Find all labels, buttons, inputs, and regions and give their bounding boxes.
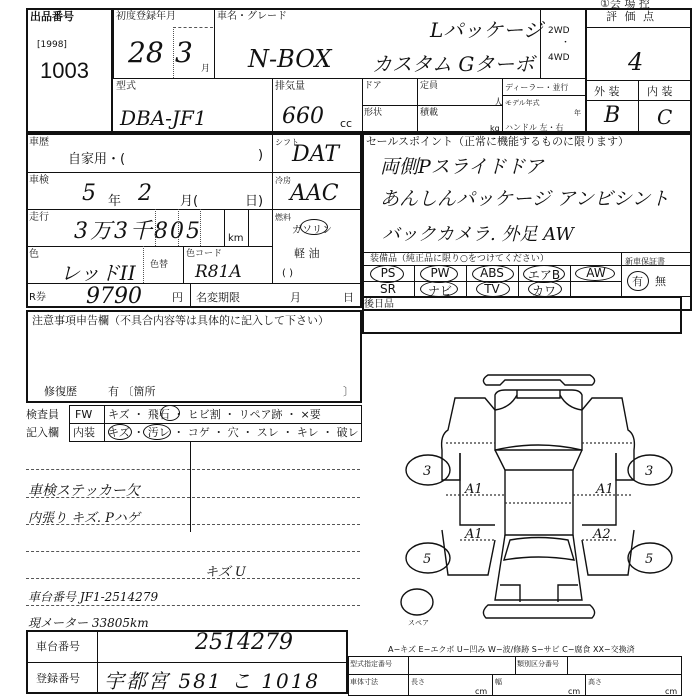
- mark-rear-right-wheel: 5: [645, 552, 653, 567]
- type-designation-label: 型式指定番号: [350, 659, 392, 670]
- mileage-unit: km: [228, 233, 244, 244]
- name-change-day: 日: [343, 292, 354, 303]
- later-items-box: [362, 296, 682, 334]
- width-label: 幅: [495, 677, 502, 688]
- ac-value: AAC: [290, 181, 339, 206]
- score-interior: C: [657, 105, 672, 129]
- damage-legend: A−キズ E−エクボ U−凹み W−波/修跡 S−サビ C−腐食 XX−交換済: [388, 644, 635, 655]
- lot-label: 出品番号: [30, 11, 74, 22]
- vehicle-grade: カスタム Gターボ: [372, 48, 534, 77]
- model-value: DBA-JF1: [120, 106, 207, 130]
- interior-check-label: 内装: [73, 427, 95, 438]
- drive-2wd[interactable]: 2WD: [548, 26, 570, 37]
- inspector-label-2: 記入欄: [26, 427, 59, 438]
- score-label: 評 価 点: [606, 11, 656, 22]
- fuel-label: 燃料: [275, 212, 291, 223]
- length-label: 長さ: [411, 677, 425, 688]
- model-year-unit: 年: [574, 108, 581, 119]
- repair-value: 有 〔箇所: [108, 386, 156, 397]
- body-size-label: 車体寸法: [350, 677, 378, 688]
- first-reg-year: 28: [128, 36, 164, 69]
- circle-scratch: [108, 424, 132, 440]
- circle-stain: [143, 424, 171, 440]
- circle-navi: [420, 281, 458, 297]
- name-change-month: 月: [290, 292, 301, 303]
- color-code-label: 色コード: [186, 249, 222, 260]
- remark-left-5: 車台番号 JF1-2514279: [28, 588, 158, 605]
- sale-points-label: セールスポイント（正常に機能するものに限ります）: [366, 136, 629, 147]
- fuel-other: ( ): [282, 268, 293, 279]
- history-close: ): [258, 148, 263, 163]
- width-unit: cm: [568, 686, 580, 697]
- fw-items: キズ ・ 飛石 ・ ヒビ割 ・ リペア跡 ・ ×要: [108, 409, 321, 420]
- history-label: 車歴: [29, 137, 49, 148]
- drive-4wd[interactable]: 4WD: [548, 53, 570, 64]
- model-label: 型式: [116, 81, 136, 92]
- circle-leather: [528, 281, 562, 297]
- fw-label: FW: [75, 409, 92, 420]
- circle-aw: [575, 266, 615, 281]
- repair-label: 修復歴: [44, 386, 77, 397]
- inspection-year-unit: 年: [108, 190, 121, 209]
- mileage-label: 走行: [29, 212, 49, 223]
- score-exterior: B: [604, 103, 620, 128]
- displacement-unit: cc: [340, 118, 352, 129]
- spare-label: スペア: [408, 618, 429, 629]
- fuel-gasoline-circle: [300, 219, 328, 235]
- inspection-day-unit: 日): [245, 190, 263, 209]
- color-value: レッドII: [60, 257, 136, 286]
- mark-left-rear-quarter: A1: [464, 527, 483, 542]
- color-label: 色: [29, 249, 39, 260]
- car-damage-diagram: 3 3 A1 A1 A1 A2 5 5: [360, 340, 700, 625]
- registration-label: 登録番号: [36, 673, 80, 684]
- vehicle-name: N-BOX: [248, 45, 332, 73]
- first-reg-month-unit: 月: [201, 64, 210, 75]
- drive-dot: ・: [561, 38, 570, 49]
- repaint-label: 色替: [150, 260, 168, 271]
- circle-tv: [476, 281, 510, 297]
- shift-value: DAT: [292, 142, 339, 167]
- door-label: ドア: [364, 81, 382, 92]
- sale-point-2: あんしんパッケージ アンビシント: [380, 184, 669, 211]
- load-label: 積載: [420, 108, 438, 119]
- chassis-value: 2514279: [195, 630, 293, 655]
- registration-value: 宇都宮 581 こ 1018: [104, 665, 320, 694]
- mark-front-right-wheel: 3: [645, 464, 653, 479]
- mileage-value: 3万3千805: [74, 214, 202, 245]
- name-change-label: 名変期限: [196, 292, 240, 303]
- remark-left-2: 内張り キズ. Pハゲ: [28, 507, 140, 526]
- inspection-label: 車検: [29, 175, 49, 186]
- mark-right-rear-door: A1: [595, 482, 614, 497]
- remark-right-4: キズ U: [205, 561, 246, 580]
- equip-sr[interactable]: SR: [362, 282, 414, 296]
- first-reg-month: 3: [175, 36, 193, 69]
- mark-rear-left-wheel: 5: [423, 552, 431, 567]
- recycle-label: R券: [29, 292, 46, 303]
- class-number-label: 類別区分番号: [517, 659, 559, 670]
- warranty-no[interactable]: 無: [655, 276, 666, 287]
- mark-left-rear-door: A1: [464, 482, 483, 497]
- vehicle-package: Lパッケージ: [430, 14, 543, 43]
- interior-label: 内 装: [647, 86, 673, 97]
- recycle-value: 9790: [86, 284, 142, 309]
- notes-label: 注意事項申告欄（不具合内容等は具体的に記入して下さい）: [32, 315, 329, 326]
- vehicle-label: 車名・グレード: [217, 11, 287, 22]
- mark-front-left-wheel: 3: [423, 464, 431, 479]
- ac-label: 冷房: [275, 175, 291, 186]
- circle-ps: [370, 265, 404, 283]
- color-code: R81A: [195, 262, 242, 282]
- displacement-value: 660: [282, 104, 324, 129]
- displacement-label: 排気量: [275, 81, 305, 92]
- fuel-diesel[interactable]: 軽 油: [294, 248, 320, 259]
- remark-left-1: 車検ステッカー欠: [28, 480, 140, 500]
- history-value: 自家用・(: [68, 148, 125, 167]
- score-overall: 4: [628, 48, 643, 76]
- model-year-label: モデル年式: [505, 98, 540, 109]
- equipment-label: 装備品（純正品に限り○をつけてください）: [370, 254, 549, 265]
- lot-sub: [1998]: [37, 40, 67, 51]
- handle-label[interactable]: ハンドル 左・右: [505, 122, 564, 133]
- exterior-label: 外 装: [594, 86, 620, 97]
- recycle-unit: 円: [172, 292, 183, 303]
- capacity-label: 定員: [420, 81, 438, 92]
- inspector-label-1: 検査員: [26, 409, 59, 420]
- inspection-month-unit: 月(: [180, 190, 198, 209]
- shape-label: 形状: [364, 108, 382, 119]
- dealer-label[interactable]: ディーラー・並行: [505, 82, 568, 93]
- lot-number: 1003: [40, 58, 89, 84]
- sale-point-3: バックカメラ. 外足 AW: [382, 220, 574, 246]
- inspection-year: 5: [82, 181, 96, 206]
- inspection-month: 2: [138, 181, 152, 206]
- first-reg-label: 初度登録年月: [116, 11, 176, 22]
- height-unit: cm: [665, 686, 677, 697]
- sale-point-1: 両側Pスライドドア: [380, 152, 544, 179]
- chassis-label: 車台番号: [36, 641, 80, 652]
- circle-warranty-yes: [627, 271, 649, 291]
- mark-right-rear-quarter: A2: [592, 527, 611, 542]
- height-label: 高さ: [588, 677, 602, 688]
- remark-left-6: 現メーター 33805km: [28, 614, 149, 631]
- circle-chip: [160, 405, 180, 421]
- length-unit: cm: [475, 686, 487, 697]
- repair-close: 〕: [343, 386, 354, 397]
